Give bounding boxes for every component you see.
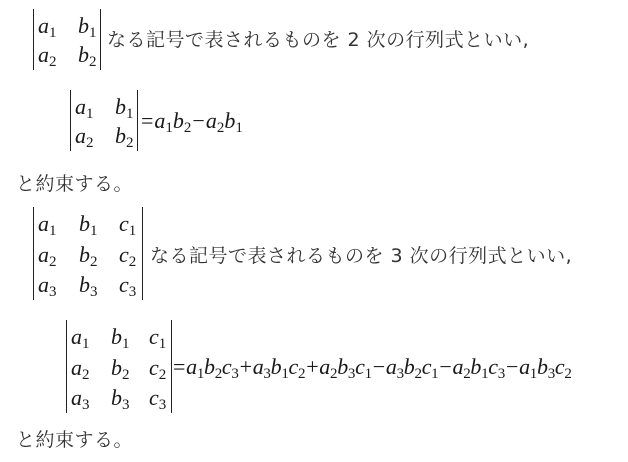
entry-c1: c1 bbox=[149, 326, 166, 348]
entry-a2: a2 bbox=[38, 244, 57, 266]
expansion-3x3: =a1b2c3+a3b1c2+a2b3c1−a3b2c1−a2b1c3−a1b3… bbox=[172, 356, 572, 378]
determinant-2x2-formula: a1 b1 a2 b2 bbox=[70, 90, 138, 151]
entry-a3: a3 bbox=[38, 274, 57, 296]
entry-b2: b2 bbox=[115, 125, 134, 147]
entry-b3: b3 bbox=[79, 274, 98, 296]
entry-b1: b1 bbox=[78, 15, 97, 37]
entry-a2: a2 bbox=[75, 125, 94, 147]
determinant-3x3-formula: a1 b1 c1 a2 b2 c2 a3 b3 c3 bbox=[66, 320, 172, 413]
entry-a1: a1 bbox=[75, 96, 94, 118]
conclusion-text-1: と約束する。 bbox=[16, 173, 133, 195]
entry-c3: c3 bbox=[119, 274, 136, 296]
entry-b2: b2 bbox=[79, 244, 98, 266]
entry-b1: b1 bbox=[111, 326, 130, 348]
entry-b2: b2 bbox=[78, 44, 97, 66]
definition-text-3x3: なる記号で表されるものを 3 次の行列式といい, bbox=[150, 245, 572, 267]
entry-c1: c1 bbox=[119, 213, 136, 235]
conclusion-text-2: と約束する。 bbox=[16, 429, 133, 451]
entry-c2: c2 bbox=[149, 357, 166, 379]
entry-b2: b2 bbox=[111, 357, 130, 379]
entry-c2: c2 bbox=[119, 244, 136, 266]
entry-b3: b3 bbox=[111, 387, 130, 409]
definition-text-2x2: なる記号で表されるものを 2 次の行列式といい, bbox=[107, 29, 529, 51]
entry-b1: b1 bbox=[115, 96, 134, 118]
expansion-2x2: =a1b2−a2b1 bbox=[140, 110, 243, 132]
entry-a2: a2 bbox=[38, 44, 57, 66]
entry-c3: c3 bbox=[149, 387, 166, 409]
entry-a1: a1 bbox=[71, 326, 90, 348]
entry-a1: a1 bbox=[38, 213, 57, 235]
entry-a1: a1 bbox=[38, 15, 57, 37]
entry-a3: a3 bbox=[71, 387, 90, 409]
entry-b1: b1 bbox=[79, 213, 98, 235]
determinant-2x2: a1 b1 a2 b2 bbox=[33, 9, 101, 70]
determinant-3x3: a1 b1 c1 a2 b2 c2 a3 b3 c3 bbox=[33, 207, 143, 300]
entry-a2: a2 bbox=[71, 357, 90, 379]
